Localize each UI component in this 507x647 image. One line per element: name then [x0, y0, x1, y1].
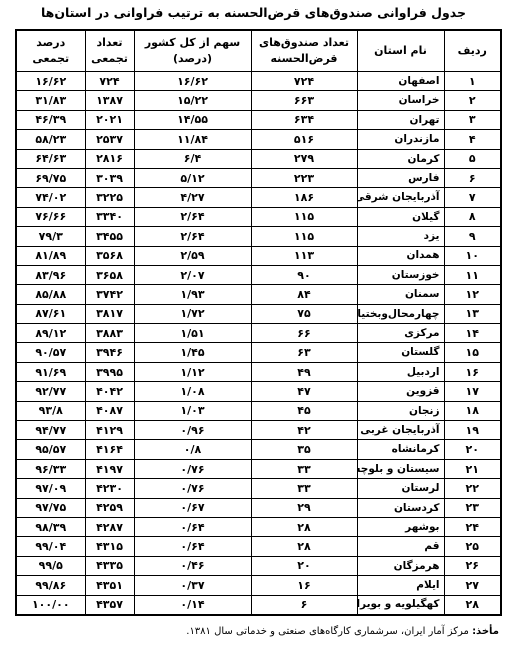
- row-index-cell: ۱۷: [444, 382, 501, 401]
- province-name-cell: گلستان: [357, 343, 444, 362]
- fund-count-cell: ۴۵: [251, 401, 357, 420]
- share-percent-cell: ۲/۵۹: [134, 246, 251, 265]
- province-name-cell: ایلام: [357, 576, 444, 595]
- fund-count-cell: ۱۱۵: [251, 227, 357, 246]
- cumulative-percent-cell: ۸۳/۹۶: [16, 265, 85, 284]
- province-name-cell: مازندران: [357, 130, 444, 149]
- row-index-cell: ۲۰: [444, 440, 501, 459]
- table-row: ۱۷قزوین۴۷۱/۰۸۴۰۴۲۹۲/۷۷: [16, 382, 501, 401]
- header-fund-count: تعداد صندوق‌های قرض‌الحسنه: [251, 30, 357, 72]
- share-percent-cell: ۱/۰۳: [134, 401, 251, 420]
- share-percent-cell: ۱۴/۵۵: [134, 110, 251, 129]
- province-name-cell: قزوین: [357, 382, 444, 401]
- cumulative-percent-cell: ۷۴/۰۲: [16, 188, 85, 207]
- row-index-cell: ۱۶: [444, 362, 501, 381]
- row-index-cell: ۱۳: [444, 304, 501, 323]
- cumulative-count-cell: ۳۳۴۰: [85, 207, 134, 226]
- table-row: ۲۱سیستان و بلوچستان۳۳۰/۷۶۴۱۹۷۹۶/۳۳: [16, 459, 501, 478]
- cumulative-count-cell: ۳۹۹۵: [85, 362, 134, 381]
- source-text: مرکز آمار ایران، سرشماری کارگاه‌های صنعت…: [186, 626, 469, 637]
- share-percent-cell: ۱۵/۲۲: [134, 91, 251, 110]
- row-index-cell: ۲۲: [444, 479, 501, 498]
- cumulative-count-cell: ۳۲۲۵: [85, 188, 134, 207]
- row-index-cell: ۱۸: [444, 401, 501, 420]
- row-index-cell: ۲۱: [444, 459, 501, 478]
- fund-count-cell: ۶۶: [251, 324, 357, 343]
- document-page: { "title": "جدول فراوانی صندوق‌های قرض‌ا…: [0, 0, 507, 647]
- share-percent-cell: ۲/۶۴: [134, 207, 251, 226]
- province-name-cell: یزد: [357, 227, 444, 246]
- fund-count-cell: ۲۸: [251, 517, 357, 536]
- cumulative-percent-cell: ۳۱/۸۳: [16, 91, 85, 110]
- cumulative-percent-cell: ۹۸/۳۹: [16, 517, 85, 536]
- fund-count-cell: ۳۵: [251, 440, 357, 459]
- row-index-cell: ۴: [444, 130, 501, 149]
- table-row: ۲۸کهگیلویه و بویراحمد۶۰/۱۴۴۳۵۷۱۰۰/۰۰: [16, 595, 501, 615]
- fund-count-cell: ۱۱۵: [251, 207, 357, 226]
- cumulative-count-cell: ۴۲۸۷: [85, 517, 134, 536]
- fund-count-cell: ۶۳۴: [251, 110, 357, 129]
- table-row: ۸گیلان۱۱۵۲/۶۴۳۳۴۰۷۶/۶۶: [16, 207, 501, 226]
- share-percent-cell: ۲/۰۷: [134, 265, 251, 284]
- cumulative-count-cell: ۲۵۳۷: [85, 130, 134, 149]
- province-name-cell: کهگیلویه و بویراحمد: [357, 595, 444, 615]
- header-row-index: ردیف: [444, 30, 501, 72]
- share-percent-cell: ۱/۵۱: [134, 324, 251, 343]
- cumulative-percent-cell: ۸۷/۶۱: [16, 304, 85, 323]
- cumulative-count-cell: ۳۹۴۶: [85, 343, 134, 362]
- cumulative-percent-cell: ۹۴/۷۷: [16, 421, 85, 440]
- table-row: ۲۴بوشهر۲۸۰/۶۴۴۲۸۷۹۸/۳۹: [16, 517, 501, 536]
- cumulative-count-cell: ۷۲۴: [85, 72, 134, 91]
- share-percent-cell: ۰/۷۶: [134, 459, 251, 478]
- cumulative-percent-cell: ۹۳/۸: [16, 401, 85, 420]
- row-index-cell: ۲: [444, 91, 501, 110]
- cumulative-count-cell: ۳۷۴۲: [85, 285, 134, 304]
- cumulative-percent-cell: ۶۹/۷۵: [16, 168, 85, 187]
- table-row: ۱۵گلستان۶۳۱/۴۵۳۹۴۶۹۰/۵۷: [16, 343, 501, 362]
- share-percent-cell: ۱/۱۲: [134, 362, 251, 381]
- fund-count-cell: ۷۵: [251, 304, 357, 323]
- row-index-cell: ۶: [444, 168, 501, 187]
- row-index-cell: ۱۲: [444, 285, 501, 304]
- province-name-cell: قم: [357, 537, 444, 556]
- row-index-cell: ۲۶: [444, 556, 501, 575]
- cumulative-percent-cell: ۹۹/۵: [16, 556, 85, 575]
- table-row: ۲خراسان۶۶۳۱۵/۲۲۱۳۸۷۳۱/۸۳: [16, 91, 501, 110]
- cumulative-percent-cell: ۷۶/۶۶: [16, 207, 85, 226]
- cumulative-count-cell: ۳۰۳۹: [85, 168, 134, 187]
- share-percent-cell: ۰/۱۴: [134, 595, 251, 615]
- table-row: ۲۵قم۲۸۰/۶۴۴۳۱۵۹۹/۰۴: [16, 537, 501, 556]
- table-row: ۱۹آذربایجان غربی۴۲۰/۹۶۴۱۲۹۹۴/۷۷: [16, 421, 501, 440]
- cumulative-count-cell: ۲۰۲۱: [85, 110, 134, 129]
- cumulative-percent-cell: ۹۷/۰۹: [16, 479, 85, 498]
- share-percent-cell: ۰/۶۷: [134, 498, 251, 517]
- row-index-cell: ۲۸: [444, 595, 501, 615]
- fund-count-cell: ۷۲۴: [251, 72, 357, 91]
- fund-count-cell: ۶: [251, 595, 357, 615]
- cumulative-count-cell: ۴۲۳۰: [85, 479, 134, 498]
- table-row: ۱۱خوزستان۹۰۲/۰۷۳۶۵۸۸۳/۹۶: [16, 265, 501, 284]
- province-name-cell: گیلان: [357, 207, 444, 226]
- source-label: مأخذ:: [472, 626, 499, 637]
- row-index-cell: ۲۷: [444, 576, 501, 595]
- table-row: ۲۳کردستان۲۹۰/۶۷۴۲۵۹۹۷/۷۵: [16, 498, 501, 517]
- table-row: ۲۰کرمانشاه۳۵۰/۸۴۱۶۴۹۵/۵۷: [16, 440, 501, 459]
- cumulative-percent-cell: ۹۹/۰۴: [16, 537, 85, 556]
- table-row: ۶فارس۲۲۳۵/۱۲۳۰۳۹۶۹/۷۵: [16, 168, 501, 187]
- cumulative-percent-cell: ۹۵/۵۷: [16, 440, 85, 459]
- cumulative-count-cell: ۴۰۸۷: [85, 401, 134, 420]
- fund-count-cell: ۲۷۹: [251, 149, 357, 168]
- row-index-cell: ۱۵: [444, 343, 501, 362]
- fund-count-cell: ۴۷: [251, 382, 357, 401]
- table-row: ۳تهران۶۳۴۱۴/۵۵۲۰۲۱۴۶/۳۹: [16, 110, 501, 129]
- province-name-cell: چهارمحال‌وبختیاری: [357, 304, 444, 323]
- row-index-cell: ۱۴: [444, 324, 501, 343]
- table-row: ۲۲لرستان۳۳۰/۷۶۴۲۳۰۹۷/۰۹: [16, 479, 501, 498]
- cumulative-percent-cell: ۸۹/۱۲: [16, 324, 85, 343]
- row-index-cell: ۷: [444, 188, 501, 207]
- province-name-cell: اصفهان: [357, 72, 444, 91]
- row-index-cell: ۵: [444, 149, 501, 168]
- share-percent-cell: ۲/۶۴: [134, 227, 251, 246]
- province-name-cell: تهران: [357, 110, 444, 129]
- cumulative-count-cell: ۲۸۱۶: [85, 149, 134, 168]
- table-row: ۵کرمان۲۷۹۶/۴۲۸۱۶۶۴/۶۳: [16, 149, 501, 168]
- cumulative-count-cell: ۴۳۳۵: [85, 556, 134, 575]
- fund-count-cell: ۹۰: [251, 265, 357, 284]
- row-index-cell: ۸: [444, 207, 501, 226]
- share-percent-cell: ۱/۹۳: [134, 285, 251, 304]
- cumulative-count-cell: ۴۰۴۲: [85, 382, 134, 401]
- cumulative-percent-cell: ۱۶/۶۲: [16, 72, 85, 91]
- table-row: ۱۶اردبیل۴۹۱/۱۲۳۹۹۵۹۱/۶۹: [16, 362, 501, 381]
- province-name-cell: خوزستان: [357, 265, 444, 284]
- share-percent-cell: ۱/۷۲: [134, 304, 251, 323]
- cumulative-count-cell: ۴۱۶۴: [85, 440, 134, 459]
- table-row: ۷آذربایجان شرقی۱۸۶۴/۲۷۳۲۲۵۷۴/۰۲: [16, 188, 501, 207]
- share-percent-cell: ۰/۶۴: [134, 517, 251, 536]
- fund-count-cell: ۵۱۶: [251, 130, 357, 149]
- table-row: ۱۳چهارمحال‌وبختیاری۷۵۱/۷۲۳۸۱۷۸۷/۶۱: [16, 304, 501, 323]
- share-percent-cell: ۰/۹۶: [134, 421, 251, 440]
- share-percent-cell: ۰/۳۷: [134, 576, 251, 595]
- row-index-cell: ۱۹: [444, 421, 501, 440]
- table-body: ۱اصفهان۷۲۴۱۶/۶۲۷۲۴۱۶/۶۲۲خراسان۶۶۳۱۵/۲۲۱۳…: [16, 72, 501, 615]
- cumulative-percent-cell: ۹۱/۶۹: [16, 362, 85, 381]
- share-percent-cell: ۱/۰۸: [134, 382, 251, 401]
- cumulative-count-cell: ۳۵۶۸: [85, 246, 134, 265]
- province-name-cell: کرمان: [357, 149, 444, 168]
- fund-count-cell: ۱۶: [251, 576, 357, 595]
- cumulative-count-cell: ۴۱۲۹: [85, 421, 134, 440]
- cumulative-percent-cell: ۶۴/۶۳: [16, 149, 85, 168]
- header-cumulative-percent: درصد تجمعی: [16, 30, 85, 72]
- cumulative-percent-cell: ۹۲/۷۷: [16, 382, 85, 401]
- share-percent-cell: ۰/۸: [134, 440, 251, 459]
- province-name-cell: کرمانشاه: [357, 440, 444, 459]
- cumulative-count-cell: ۴۳۵۱: [85, 576, 134, 595]
- fund-count-cell: ۱۸۶: [251, 188, 357, 207]
- province-name-cell: بوشهر: [357, 517, 444, 536]
- province-name-cell: فارس: [357, 168, 444, 187]
- cumulative-percent-cell: ۹۷/۷۵: [16, 498, 85, 517]
- cumulative-percent-cell: ۹۹/۸۶: [16, 576, 85, 595]
- cumulative-count-cell: ۳۸۸۳: [85, 324, 134, 343]
- table-row: ۱اصفهان۷۲۴۱۶/۶۲۷۲۴۱۶/۶۲: [16, 72, 501, 91]
- fund-count-cell: ۴۹: [251, 362, 357, 381]
- cumulative-percent-cell: ۹۶/۳۳: [16, 459, 85, 478]
- province-name-cell: سمنان: [357, 285, 444, 304]
- cumulative-percent-cell: ۵۸/۲۳: [16, 130, 85, 149]
- cumulative-count-cell: ۳۶۵۸: [85, 265, 134, 284]
- cumulative-count-cell: ۳۸۱۷: [85, 304, 134, 323]
- share-percent-cell: ۰/۴۶: [134, 556, 251, 575]
- province-name-cell: خراسان: [357, 91, 444, 110]
- fund-count-cell: ۳۳: [251, 479, 357, 498]
- header-cumulative-count: تعداد تجمعی: [85, 30, 134, 72]
- cumulative-count-cell: ۳۴۵۵: [85, 227, 134, 246]
- share-percent-cell: ۴/۲۷: [134, 188, 251, 207]
- province-name-cell: اردبیل: [357, 362, 444, 381]
- share-percent-cell: ۰/۶۴: [134, 537, 251, 556]
- province-name-cell: مرکزی: [357, 324, 444, 343]
- province-name-cell: سیستان و بلوچستان: [357, 459, 444, 478]
- cumulative-percent-cell: ۱۰۰/۰۰: [16, 595, 85, 615]
- table-row: ۱۴مرکزی۶۶۱/۵۱۳۸۸۳۸۹/۱۲: [16, 324, 501, 343]
- share-percent-cell: ۱۱/۸۴: [134, 130, 251, 149]
- source-note: مأخذ: مرکز آمار ایران، سرشماری کارگاه‌ها…: [8, 625, 499, 638]
- fund-count-cell: ۳۳: [251, 459, 357, 478]
- row-index-cell: ۱۱: [444, 265, 501, 284]
- cumulative-count-cell: ۴۳۵۷: [85, 595, 134, 615]
- province-name-cell: زنجان: [357, 401, 444, 420]
- share-percent-cell: ۰/۷۶: [134, 479, 251, 498]
- cumulative-count-cell: ۴۱۹۷: [85, 459, 134, 478]
- province-name-cell: کردستان: [357, 498, 444, 517]
- row-index-cell: ۹: [444, 227, 501, 246]
- fund-count-cell: ۸۴: [251, 285, 357, 304]
- header-province-name: نام استان: [357, 30, 444, 72]
- cumulative-percent-cell: ۷۹/۳: [16, 227, 85, 246]
- fund-count-cell: ۲۸: [251, 537, 357, 556]
- frequency-table: ردیف نام استان تعداد صندوق‌های قرض‌الحسن…: [15, 29, 502, 616]
- province-name-cell: آذربایجان غربی: [357, 421, 444, 440]
- row-index-cell: ۲۴: [444, 517, 501, 536]
- province-name-cell: لرستان: [357, 479, 444, 498]
- cumulative-count-cell: ۱۳۸۷: [85, 91, 134, 110]
- fund-count-cell: ۱۱۳: [251, 246, 357, 265]
- cumulative-percent-cell: ۸۱/۸۹: [16, 246, 85, 265]
- share-percent-cell: ۶/۴: [134, 149, 251, 168]
- fund-count-cell: ۲۹: [251, 498, 357, 517]
- table-header: ردیف نام استان تعداد صندوق‌های قرض‌الحسن…: [16, 30, 501, 72]
- table-row: ۱۰همدان۱۱۳۲/۵۹۳۵۶۸۸۱/۸۹: [16, 246, 501, 265]
- cumulative-percent-cell: ۴۶/۳۹: [16, 110, 85, 129]
- fund-count-cell: ۴۲: [251, 421, 357, 440]
- share-percent-cell: ۵/۱۲: [134, 168, 251, 187]
- row-index-cell: ۲۵: [444, 537, 501, 556]
- fund-count-cell: ۶۳: [251, 343, 357, 362]
- header-share-percent: سهم از کل کشور (درصد): [134, 30, 251, 72]
- province-name-cell: هرمزگان: [357, 556, 444, 575]
- province-name-cell: آذربایجان شرقی: [357, 188, 444, 207]
- cumulative-count-cell: ۴۲۵۹: [85, 498, 134, 517]
- cumulative-percent-cell: ۹۰/۵۷: [16, 343, 85, 362]
- fund-count-cell: ۶۶۳: [251, 91, 357, 110]
- header-row: ردیف نام استان تعداد صندوق‌های قرض‌الحسن…: [16, 30, 501, 72]
- fund-count-cell: ۲۰: [251, 556, 357, 575]
- cumulative-percent-cell: ۸۵/۸۸: [16, 285, 85, 304]
- share-percent-cell: ۱۶/۶۲: [134, 72, 251, 91]
- share-percent-cell: ۱/۴۵: [134, 343, 251, 362]
- table-row: ۲۷ایلام۱۶۰/۳۷۴۳۵۱۹۹/۸۶: [16, 576, 501, 595]
- row-index-cell: ۳: [444, 110, 501, 129]
- table-row: ۲۶هرمزگان۲۰۰/۴۶۴۳۳۵۹۹/۵: [16, 556, 501, 575]
- cumulative-count-cell: ۴۳۱۵: [85, 537, 134, 556]
- fund-count-cell: ۲۲۳: [251, 168, 357, 187]
- table-row: ۱۸زنجان۴۵۱/۰۳۴۰۸۷۹۳/۸: [16, 401, 501, 420]
- row-index-cell: ۱۰: [444, 246, 501, 265]
- table-title: جدول فراوانی صندوق‌های قرض‌الحسنه به ترت…: [0, 4, 507, 23]
- table-row: ۱۲سمنان۸۴۱/۹۳۳۷۴۲۸۵/۸۸: [16, 285, 501, 304]
- table-row: ۴مازندران۵۱۶۱۱/۸۴۲۵۳۷۵۸/۲۳: [16, 130, 501, 149]
- row-index-cell: ۱: [444, 72, 501, 91]
- table-row: ۹یزد۱۱۵۲/۶۴۳۴۵۵۷۹/۳: [16, 227, 501, 246]
- row-index-cell: ۲۳: [444, 498, 501, 517]
- province-name-cell: همدان: [357, 246, 444, 265]
